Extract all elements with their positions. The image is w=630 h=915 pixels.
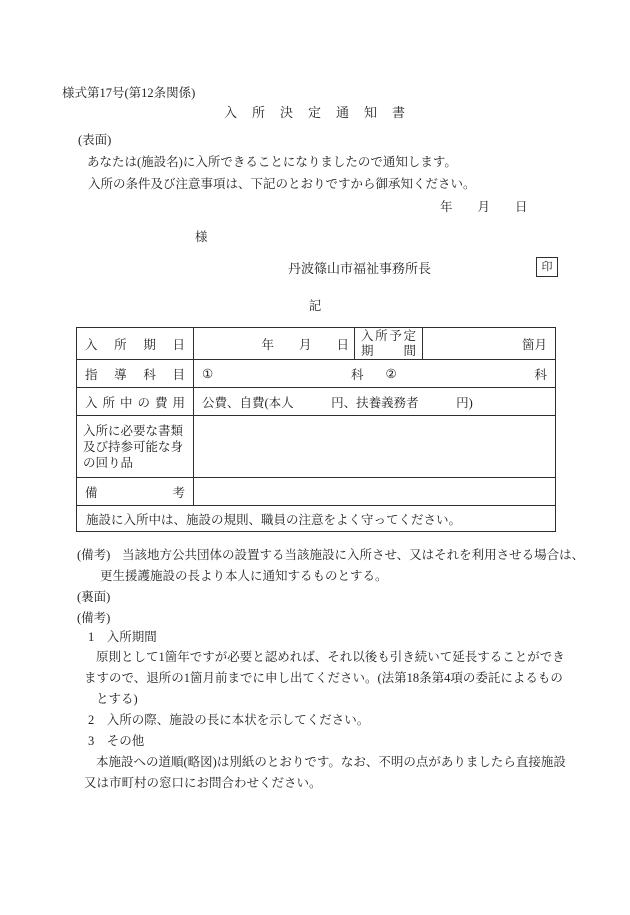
guidance-subjects-value: ① 科 ② 科 bbox=[194, 360, 556, 388]
note-item-1-line-1: 原則として1箇年ですが必要と認めれば、それ以後も引き続いて延長することができ bbox=[96, 650, 565, 665]
seal-mark: 印 bbox=[542, 261, 553, 273]
note-item-3-heading: 3 その他 bbox=[88, 734, 144, 749]
remark-front-line-1: 当該地方公共団体の設置する当該施設に入所させ、又はそれを利用させる場合は、 bbox=[122, 548, 584, 563]
row-required-documents: 入所に必要な書類及び持参可能な身の回り品 bbox=[77, 416, 556, 478]
document-title: 入 所 決 定 通 知 書 bbox=[0, 105, 630, 120]
row-remarks: 備考 bbox=[77, 478, 556, 506]
note-item-1-line-3: とする) bbox=[96, 692, 138, 707]
note-item-2: 2 入所の際、施設の長に本状を示してください。 bbox=[88, 713, 369, 728]
planned-period-label-line1: 入所予定 bbox=[361, 329, 416, 344]
remark-front-label: (備考) bbox=[77, 548, 110, 563]
record-heading: 記 bbox=[0, 299, 630, 314]
row-admission-date: 入所期日 年 月 日 入所予定 期間 箇月 bbox=[77, 328, 556, 360]
remarks-value bbox=[194, 478, 556, 506]
note-item-1-line-2: ますので、退所の1箇月前までに申し出てください。(法第18条第4項の委託によるも… bbox=[84, 671, 563, 686]
subject1-unit: 科 bbox=[351, 365, 364, 383]
costs-value: 公費、自費(本人 円、扶養義務者 円) bbox=[194, 388, 556, 416]
required-documents-value bbox=[194, 416, 556, 478]
facility-note-text: 施設に入所中は、施設の規則、職員の注意をよく守ってください。 bbox=[77, 506, 556, 532]
note-item-3-line-1: 本施設への道順(略図)は別紙のとおりです。なお、不明の点がありましたら直接施設 bbox=[96, 755, 566, 770]
required-documents-label: 入所に必要な書類及び持参可能な身の回り品 bbox=[77, 416, 194, 478]
intro-line-1: あなたは(施設名)に入所できることになりましたので通知します。 bbox=[87, 155, 457, 170]
planned-period-label: 入所予定 期間 bbox=[355, 328, 423, 360]
note-item-1-heading: 1 入所期間 bbox=[88, 630, 157, 645]
issue-date-line: 年 月 日 bbox=[440, 200, 528, 215]
addressee-name-suffix: 様 bbox=[195, 230, 208, 245]
remark-back-label: (備考) bbox=[77, 611, 110, 626]
front-side-label: (表面) bbox=[78, 133, 111, 148]
admission-date-value: 年 月 日 bbox=[194, 328, 355, 360]
guidance-subjects-label: 指導科目 bbox=[77, 360, 194, 388]
subject2-unit: 科 bbox=[534, 365, 547, 383]
form-number: 様式第17号(第12条関係) bbox=[62, 86, 195, 101]
remarks-label: 備考 bbox=[77, 478, 194, 506]
remark-front-line-2: 更生援護施設の長より本人に通知するものとする。 bbox=[100, 569, 388, 584]
back-side-label: (裏面) bbox=[77, 590, 110, 605]
intro-line-2: 入所の条件及び注意事項は、下記のとおりですから御承知ください。 bbox=[88, 177, 476, 192]
planned-period-label-line2: 期間 bbox=[361, 344, 416, 359]
issuer-title: 丹波篠山市福祉事務所長 bbox=[288, 261, 431, 276]
admission-form-table: 入所期日 年 月 日 入所予定 期間 箇月 指導科目 ① 科 ② 科 bbox=[76, 327, 556, 532]
document-page: 様式第17号(第12条関係) 入 所 決 定 通 知 書 (表面) あなたは(施… bbox=[0, 0, 630, 915]
note-item-3-line-2: 又は市町村の窓口にお問合わせください。 bbox=[84, 776, 322, 791]
row-costs: 入所中の費用 公費、自費(本人 円、扶養義務者 円) bbox=[77, 388, 556, 416]
planned-period-value: 箇月 bbox=[423, 328, 556, 360]
seal-box: 印 bbox=[536, 257, 558, 277]
admission-date-label: 入所期日 bbox=[77, 328, 194, 360]
row-facility-note: 施設に入所中は、施設の規則、職員の注意をよく守ってください。 bbox=[77, 506, 556, 532]
row-guidance-subjects: 指導科目 ① 科 ② 科 bbox=[77, 360, 556, 388]
subject2-circle: ② bbox=[386, 366, 397, 382]
subject1-circle: ① bbox=[202, 366, 213, 382]
costs-label: 入所中の費用 bbox=[77, 388, 194, 416]
